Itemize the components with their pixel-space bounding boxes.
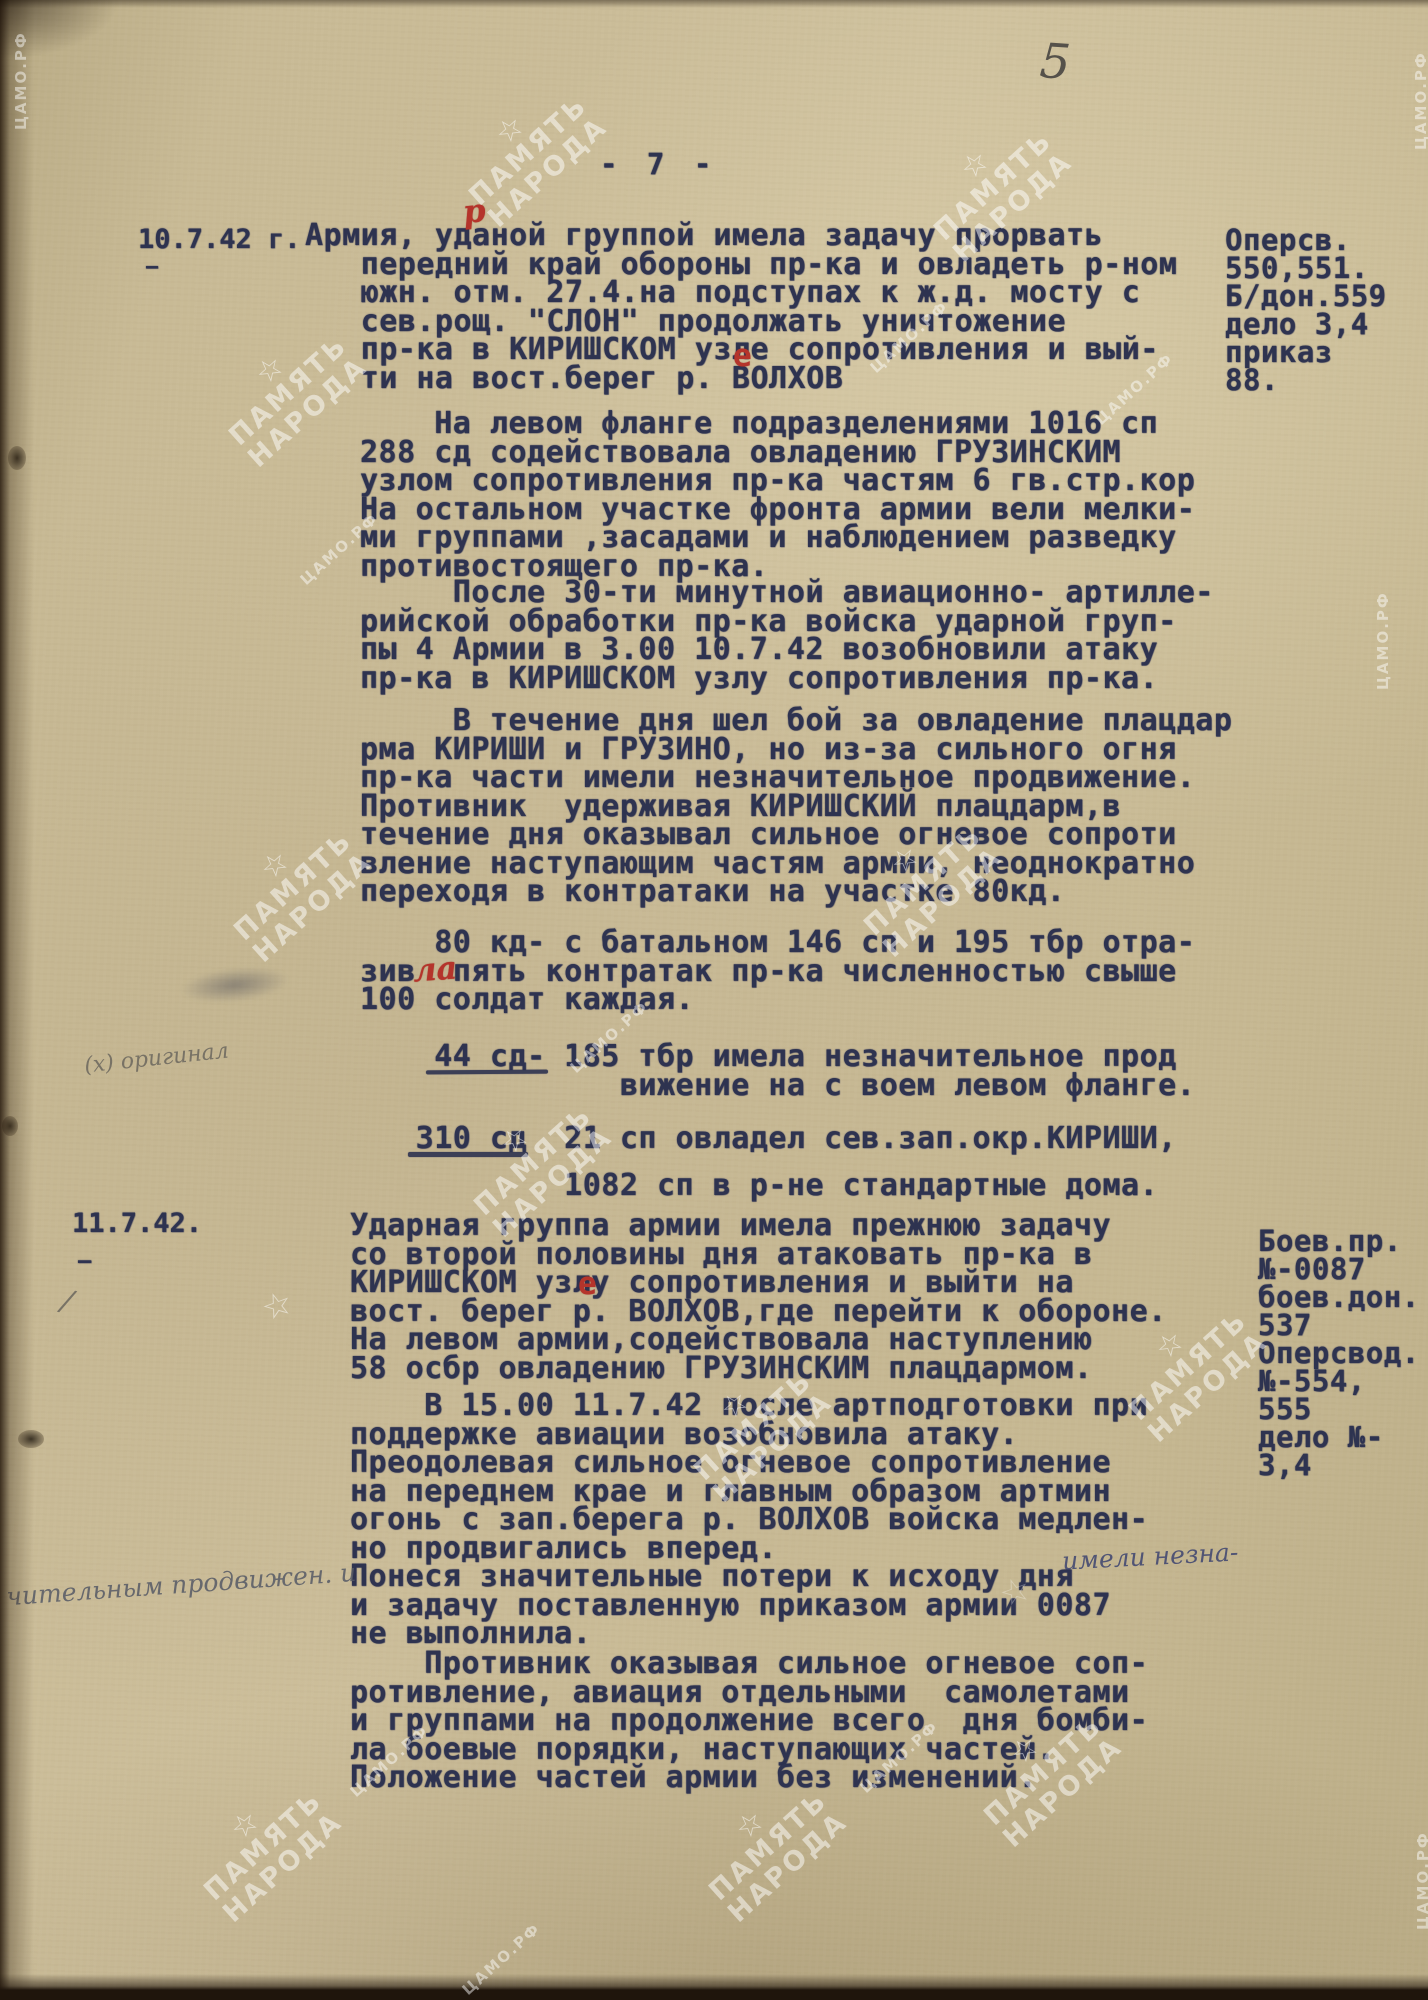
date-dash-mark: —: [146, 252, 159, 281]
entry-date-11-7-42: 11.7.42.: [72, 1210, 202, 1239]
watermark-line2: НАРОДА: [483, 112, 613, 233]
text-line: 537: [1258, 1311, 1420, 1339]
text-line: боев.дон.: [1258, 1283, 1420, 1311]
watermark-line1: ПАМЯТЬ: [468, 1100, 598, 1221]
red-correction-letters-la: ла: [412, 949, 459, 990]
text-line: не выполнила.: [350, 1620, 1111, 1649]
margin-references-11-7: Боев.пр.№-0087боев.дон.537Оперсвод.№-554…: [1258, 1227, 1420, 1479]
archive-site-mark: ЦАМО.РФ: [1414, 1831, 1428, 1930]
text-line: 88.: [1225, 366, 1387, 394]
paragraph-losses: Понеся значительные потери к исходу дняи…: [350, 1563, 1111, 1649]
memory-of-people-watermark: ☆ПАМЯТЬНАРОДА: [181, 1766, 348, 1928]
paragraph-80kd: 80 кд- с батальном 146 сп и 195 тбр отра…: [360, 929, 1195, 1015]
watermark-line1: ПАМЯТЬ: [703, 1785, 833, 1906]
page-edge-top: [0, 0, 1428, 8]
red-correction-letter-e-1: е: [733, 338, 752, 374]
handwritten-note-left: чительным продвижен. и: [5, 1558, 357, 1611]
paragraph-attack-1500: В 15.00 11.7.42 после артподготовки прип…: [350, 1392, 1148, 1563]
paragraph-day-battle: В течение дня шел бой за овладение плацд…: [360, 707, 1232, 907]
text-line: пр-ка в КИРИШСКОМ узлу сопротивления пр-…: [360, 665, 1214, 694]
archive-site-mark: ЦАМО.РФ: [1374, 591, 1392, 690]
red-correction-letter-e-2: е: [578, 1266, 597, 1302]
handwritten-note-original: (x) оригинал: [83, 1038, 230, 1078]
paragraph-310sd-line1: 310 сд 21 сп овладел сев.зап.окр.КИРИШИ,: [360, 1125, 1177, 1154]
text-line: переходя в контратаки на участке 80кд.: [360, 878, 1232, 907]
pencil-folio-number: 5: [1038, 33, 1072, 91]
text-line: 100 солдат каждая.: [360, 986, 1195, 1015]
page-edge-bottom: [0, 1974, 1428, 2000]
text-line: 550,551.: [1225, 254, 1387, 282]
text-line: вижение на с воем левом фланге.: [360, 1072, 1195, 1101]
star-icon: ☆: [446, 71, 574, 190]
watermark-line1: ПАМЯТЬ: [198, 1785, 328, 1906]
underline-44sd: [426, 1070, 548, 1075]
underline-310sd: [408, 1152, 528, 1157]
text-line: Оперсвод.: [1258, 1339, 1420, 1367]
watermark-line2: НАРОДА: [218, 1807, 348, 1928]
text-line: Б/дон.559: [1225, 282, 1387, 310]
text-line: Оперсв.: [1225, 226, 1387, 254]
star-icon: ☆: [911, 106, 1039, 225]
paragraph-artillery-preparation: После 30-ти минутной авиационно- артилле…: [360, 579, 1214, 693]
red-correction-insert-r: р: [461, 191, 487, 231]
memory-of-people-watermark: ☆ПАМЯТЬНАРОДА: [211, 806, 378, 968]
text-line: 555: [1258, 1395, 1420, 1423]
page-number: - 7 -: [600, 150, 717, 179]
text-line: №-0087: [1258, 1255, 1420, 1283]
scanned-document-page: - 7 - 5 10.7.42 г. — Армия, уданой групп…: [0, 0, 1428, 2000]
text-line: Боев.пр.: [1258, 1227, 1420, 1255]
paragraph-310sd-line2: 1082 сп в р-не стандартные дома.: [360, 1172, 1158, 1201]
corner-shadow: [0, 0, 120, 60]
date-dash-mark-2: —: [78, 1248, 92, 1277]
text-line: Положение частей армии без изменений.: [350, 1764, 1148, 1793]
paragraph-enemy-aviation: Противник оказывая сильное огневое соп-р…: [350, 1650, 1148, 1793]
archive-site-mark: ЦАМО.РФ: [1412, 51, 1428, 150]
star-icon: ☆: [256, 1282, 298, 1330]
star-icon: ☆: [211, 806, 339, 925]
text-line: приказ: [1225, 338, 1387, 366]
watermark-line2: НАРОДА: [723, 1807, 853, 1928]
watermark-line1: ПАМЯТЬ: [228, 825, 358, 946]
text-line: дело №-: [1258, 1423, 1420, 1451]
ink-smudge: [179, 962, 292, 1007]
entry-date-10-7-42: 10.7.42 г.: [138, 226, 301, 255]
margin-references-10-7: Оперсв.550,551.Б/дон.559дело 3,4приказ88…: [1225, 226, 1387, 394]
star-icon: ☆: [181, 1766, 309, 1885]
paragraph-mission-11-7: Ударная группа армии имела прежнюю задач…: [350, 1212, 1167, 1383]
text-line: №-554,: [1258, 1367, 1420, 1395]
watermark-line2: НАРОДА: [248, 847, 378, 968]
paragraph-left-flank: На левом фланге подразделениями 1016 сп2…: [360, 410, 1195, 581]
text-line: 58 осбр овладению ГРУЗИНСКИМ плацдармом.: [350, 1355, 1167, 1384]
text-line: дело 3,4: [1225, 310, 1387, 338]
text-line: 3,4: [1258, 1451, 1420, 1479]
binding-shadow: [0, 0, 34, 2000]
pencil-slash-mark: /: [58, 1283, 76, 1319]
